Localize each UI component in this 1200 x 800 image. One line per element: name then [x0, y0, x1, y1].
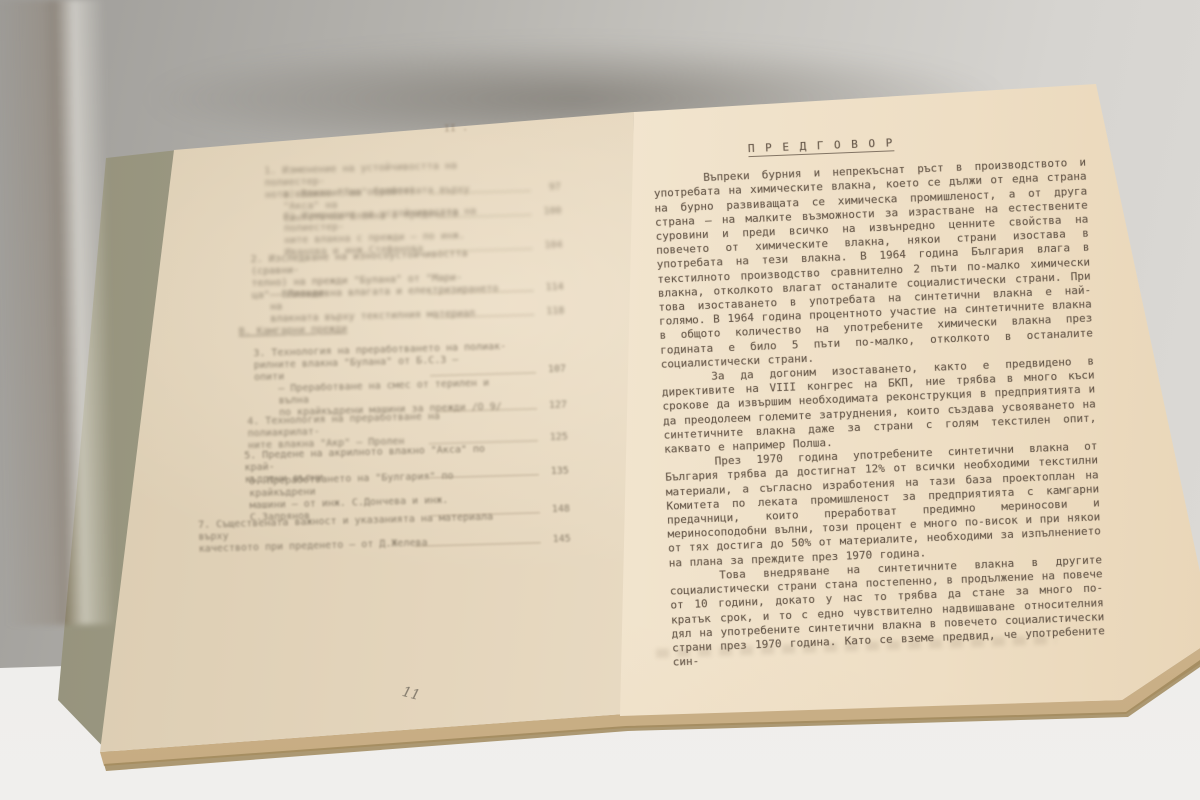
toc-entry-page: 118 [546, 305, 564, 317]
book-gutter-shadow [0, 0, 115, 626]
preface-text-block: П Р Е Д Г О В О Р Въпреки бурния и непре… [652, 129, 1106, 670]
preface-paragraph: През 1970 година употребените синтетични… [664, 440, 1101, 571]
left-page-header: II . [444, 122, 469, 134]
photo-scene: II . 1. Изменение на устойчивостта на по… [0, 0, 1200, 800]
preface-paragraph: Въпреки бурния и непрекъснат ръст в прои… [653, 156, 1094, 372]
toc-entry-page: 107 [548, 363, 566, 375]
toc-entry-page: 145 [552, 533, 570, 545]
